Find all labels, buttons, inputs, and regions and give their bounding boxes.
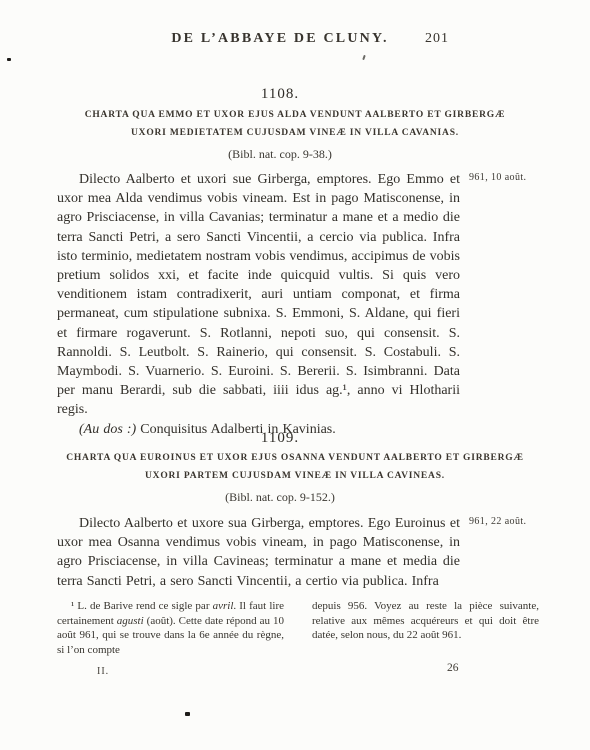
margin-date-1109: 961, 22 août.: [469, 516, 579, 527]
charter-1108-paragraph: Dilecto Aalberto et uxori sue Girberga, …: [57, 170, 460, 420]
footnote-column-left: ¹ L. de Barive rend ce sigle par avril. …: [57, 599, 284, 657]
margin-date-1108: 961, 10 août.: [469, 172, 579, 183]
footer-volume-signature: II.: [97, 666, 109, 677]
footer-sheet-signature: 26: [447, 662, 459, 674]
charter-1109-number: 1109.: [40, 430, 520, 447]
page-number: 201: [425, 31, 465, 47]
scan-speck: [7, 58, 11, 61]
charter-1109-rubric-line-2: UXORI PARTEM CUJUSDAM VINEÆ IN VILLA CAV…: [40, 471, 550, 481]
scanned-book-page: DE L’ABBAYE DE CLUNY. 201 1108. CHARTA Q…: [0, 0, 590, 750]
charter-1109-body: Dilecto Aalberto et uxore sua Girberga, …: [57, 514, 460, 591]
scan-speck: [362, 55, 366, 60]
charter-1109-paragraph: Dilecto Aalberto et uxore sua Girberga, …: [57, 514, 460, 591]
charter-1108-number: 1108.: [40, 86, 520, 103]
charter-1108-rubric-line-1: CHARTA QUA EMMO ET UXOR EJUS ALDA VENDUN…: [40, 110, 550, 120]
charter-1109-source: (Bibl. nat. cop. 9-152.): [40, 490, 520, 505]
charter-1108-source: (Bibl. nat. cop. 9-38.): [40, 147, 520, 162]
charter-1108-body: Dilecto Aalberto et uxori sue Girberga, …: [57, 170, 460, 439]
charter-1108-rubric-line-2: UXORI MEDIETATEM CUJUSDAM VINEÆ IN VILLA…: [40, 128, 550, 138]
scan-speck: [185, 712, 190, 716]
charter-1109-rubric-line-1: CHARTA QUA EUROINUS ET UXOR EJUS OSANNA …: [40, 453, 550, 463]
footnotes: ¹ L. de Barive rend ce sigle par avril. …: [57, 599, 539, 657]
footnote-column-right: depuis 956. Voyez au reste la pièce suiv…: [312, 599, 539, 657]
